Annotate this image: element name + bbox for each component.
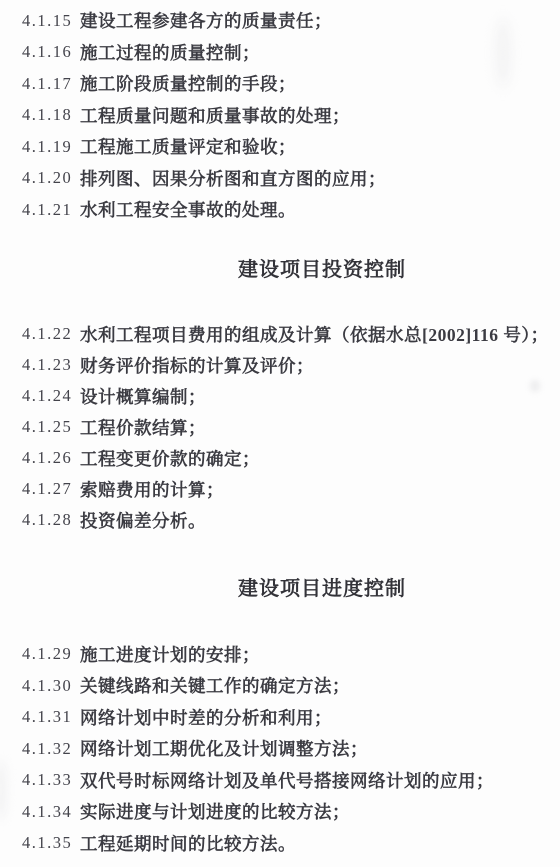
item-text: 设计概算编制； [80, 384, 206, 409]
item-number: 4.1.20 [22, 168, 80, 188]
item-text: 工程施工质量评定和验收； [80, 134, 296, 159]
item-text: 工程质量问题和质量事故的处理； [80, 103, 350, 128]
list-item: 4.1.25工程价款结算； [22, 412, 560, 443]
list-item: 4.1.22水利工程项目费用的组成及计算（依据水总[2002]116 号）； [22, 319, 560, 350]
list-item: 4.1.32网络计划工期优化及计划调整方法； [22, 733, 560, 765]
item-text: 实际进度与计划进度的比较方法； [80, 799, 350, 824]
item-number: 4.1.17 [22, 74, 80, 94]
item-group: 4.1.22水利工程项目费用的组成及计算（依据水总[2002]116 号）；4.… [22, 319, 560, 536]
item-number: 4.1.28 [22, 510, 80, 530]
item-number: 4.1.23 [22, 355, 80, 375]
item-number: 4.1.34 [22, 802, 80, 822]
item-number: 4.1.15 [22, 11, 80, 31]
item-text: 财务评价指标的计算及评价； [80, 353, 314, 378]
item-text: 施工进度计划的安排； [80, 642, 260, 667]
item-text: 工程变更价款的确定； [80, 446, 260, 471]
list-item: 4.1.34实际进度与计划进度的比较方法； [22, 796, 560, 828]
item-number: 4.1.31 [22, 707, 80, 727]
list-item: 4.1.20排列图、因果分析图和直方图的应用； [22, 163, 560, 195]
document-page: 4.1.15建设工程参建各方的质量责任；4.1.16施工过程的质量控制；4.1.… [0, 0, 560, 867]
item-text: 排列图、因果分析图和直方图的应用； [80, 166, 386, 191]
item-text: 水利工程安全事故的处理。 [80, 197, 296, 222]
item-number: 4.1.25 [22, 417, 80, 437]
list-item: 4.1.17施工阶段质量控制的手段； [22, 68, 560, 100]
list-item: 4.1.16施工过程的质量控制； [22, 37, 560, 69]
item-text: 投资偏差分析。 [80, 508, 206, 533]
item-text: 工程延期时间的比较方法。 [80, 831, 296, 856]
item-text: 工程价款结算； [80, 415, 206, 440]
list-item: 4.1.27索赔费用的计算； [22, 474, 560, 505]
item-group: 4.1.29施工进度计划的安排；4.1.30关键线路和关键工作的确定方法；4.1… [22, 639, 560, 860]
item-number: 4.1.27 [22, 479, 80, 499]
list-item: 4.1.31网络计划中时差的分析和利用； [22, 702, 560, 734]
list-item: 4.1.28投资偏差分析。 [22, 505, 560, 536]
list-item: 4.1.23财务评价指标的计算及评价； [22, 350, 560, 381]
item-text: 关键线路和关键工作的确定方法； [80, 673, 350, 698]
item-text: 建设工程参建各方的质量责任； [80, 8, 332, 33]
item-number: 4.1.32 [22, 739, 80, 759]
item-group: 4.1.15建设工程参建各方的质量责任；4.1.16施工过程的质量控制；4.1.… [22, 5, 560, 226]
item-number: 4.1.33 [22, 770, 80, 790]
list-item: 4.1.21水利工程安全事故的处理。 [22, 194, 560, 226]
item-text: 索赔费用的计算； [80, 477, 224, 502]
list-item: 4.1.30关键线路和关键工作的确定方法； [22, 670, 560, 702]
list-item: 4.1.35工程延期时间的比较方法。 [22, 828, 560, 860]
list-item: 4.1.18工程质量问题和质量事故的处理； [22, 100, 560, 132]
item-text: 网络计划工期优化及计划调整方法； [80, 736, 368, 761]
item-number: 4.1.22 [22, 324, 80, 344]
item-text: 施工过程的质量控制； [80, 40, 260, 65]
list-item: 4.1.24设计概算编制； [22, 381, 560, 412]
list-item: 4.1.29施工进度计划的安排； [22, 639, 560, 671]
document-content: 4.1.15建设工程参建各方的质量责任；4.1.16施工过程的质量控制；4.1.… [0, 0, 560, 859]
section-heading: 建设项目进度控制 [22, 577, 560, 601]
item-number: 4.1.24 [22, 386, 80, 406]
item-number: 4.1.30 [22, 676, 80, 696]
section-heading: 建设项目投资控制 [22, 258, 560, 282]
item-number: 4.1.19 [22, 137, 80, 157]
list-item: 4.1.26工程变更价款的确定； [22, 443, 560, 474]
item-number: 4.1.29 [22, 644, 80, 664]
list-item: 4.1.33双代号时标网络计划及单代号搭接网络计划的应用； [22, 765, 560, 797]
item-text: 水利工程项目费用的组成及计算（依据水总[2002]116 号）； [80, 322, 549, 347]
item-text: 双代号时标网络计划及单代号搭接网络计划的应用； [80, 768, 494, 793]
item-text: 施工阶段质量控制的手段； [80, 71, 296, 96]
item-number: 4.1.26 [22, 448, 80, 468]
list-item: 4.1.19工程施工质量评定和验收； [22, 131, 560, 163]
item-text: 网络计划中时差的分析和利用； [80, 705, 332, 730]
item-number: 4.1.18 [22, 105, 80, 125]
item-number: 4.1.21 [22, 200, 80, 220]
item-number: 4.1.35 [22, 833, 80, 853]
list-item: 4.1.15建设工程参建各方的质量责任； [22, 5, 560, 37]
item-number: 4.1.16 [22, 42, 80, 62]
